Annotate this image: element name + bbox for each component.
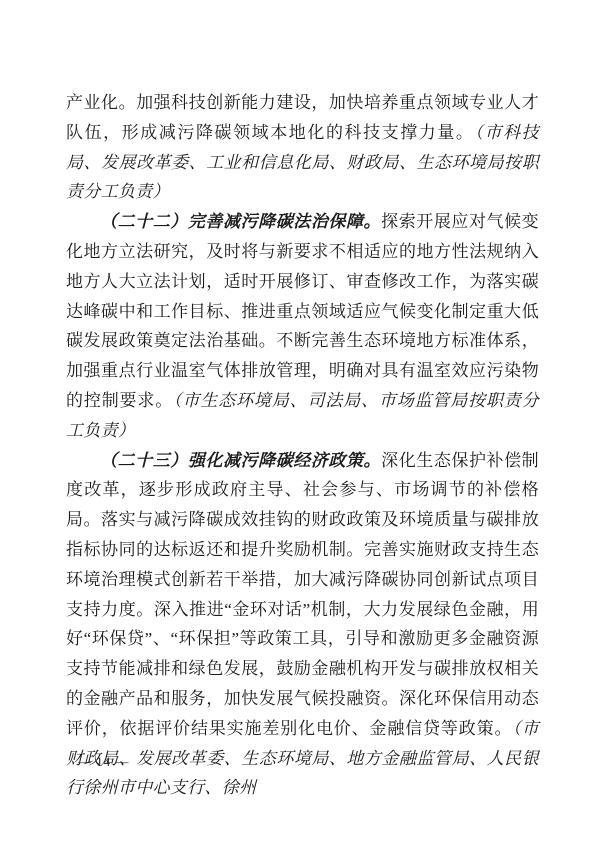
section-heading: （二十三）强化减污降碳经济政策。 <box>100 451 381 470</box>
page-footer: — 14 — <box>78 754 130 770</box>
paragraph-continuation: 产业化。加强科技创新能力建设，加快培养重点领域专业人才队伍，形成减污降碳领域本地… <box>66 88 539 207</box>
document-body: 产业化。加强科技创新能力建设，加快培养重点领域专业人才队伍，形成减污降碳领域本地… <box>66 88 539 803</box>
document-page: 产业化。加强科技创新能力建设，加快培养重点领域专业人才队伍，形成减污降碳领域本地… <box>0 0 600 848</box>
paragraph-text: 探索开展应对气候变化地方立法研究，及时将与新要求不相适应的地方性法规纳入地方人大… <box>66 212 539 410</box>
paragraph-section-23: （二十三）强化减污降碳经济政策。深化生态保护补偿制度改革，逐步形成政府主导、社会… <box>66 446 539 804</box>
page-number: — 14 — <box>78 754 130 769</box>
paragraph-text: 深化生态保护补偿制度改革，逐步形成政府主导、社会参与、市场调节的补偿格局。落实与… <box>66 451 539 738</box>
paragraph-section-22: （二十二）完善减污降碳法治保障。探索开展应对气候变化地方立法研究，及时将与新要求… <box>66 207 539 445</box>
paragraph-text: 产业化。加强科技创新能力建设，加快培养重点领域专业人才队伍，形成减污降碳领域本地… <box>66 93 539 142</box>
section-heading: （二十二）完善减污降碳法治保障。 <box>100 212 381 231</box>
